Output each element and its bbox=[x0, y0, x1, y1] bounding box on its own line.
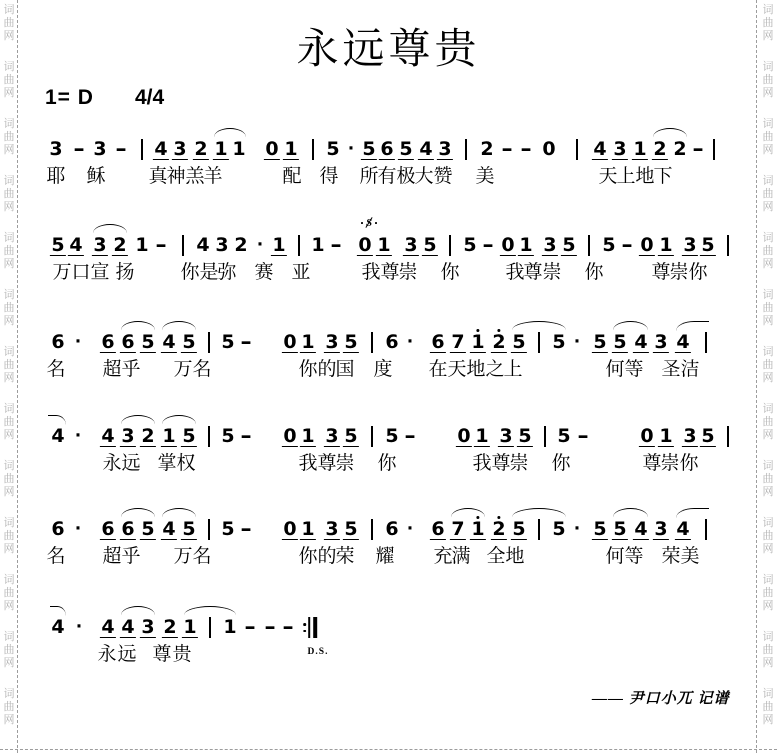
lyric-syllable: 等 bbox=[624, 359, 643, 381]
slur-tie bbox=[653, 128, 687, 138]
repeat-dots bbox=[303, 623, 306, 632]
note-digit: 3 bbox=[324, 520, 340, 540]
note-digit: 2 bbox=[234, 236, 247, 254]
transcriber-signature: —— 尹口小兀 记谱 bbox=[592, 687, 730, 708]
lyric-syllable: 羊 bbox=[203, 166, 222, 188]
lyric-syllable: 天 bbox=[447, 359, 466, 381]
note-digit: 1 bbox=[658, 236, 674, 256]
lyric-syllable: 之 bbox=[485, 359, 504, 381]
lyric-syllable: 尊 bbox=[651, 262, 670, 284]
note-digit: 5 bbox=[557, 427, 570, 445]
lyric-syllable: 的 bbox=[317, 359, 336, 381]
note-digit: 1 bbox=[213, 140, 229, 160]
score-line-2: 54321-432·11-01355-01355-0135S万口宣扬你是弥赛亚我… bbox=[0, 236, 777, 296]
lyric-syllable: 名 bbox=[192, 359, 211, 381]
note-digit: 2 bbox=[652, 140, 668, 160]
lyric-syllable: 何 bbox=[605, 546, 624, 568]
lyric-syllable: 尊 bbox=[380, 262, 399, 284]
note-digit: 3 bbox=[682, 236, 698, 256]
barline bbox=[141, 139, 143, 160]
duration-dash: - bbox=[482, 236, 494, 254]
rest-note: 0 bbox=[282, 333, 298, 353]
lyric-syllable: 扬 bbox=[115, 262, 134, 284]
note-digit: 6 bbox=[100, 520, 116, 540]
note-digit: 4 bbox=[196, 236, 209, 254]
lyric-syllable: 乎 bbox=[121, 359, 140, 381]
lyric-syllable: 地 bbox=[635, 166, 654, 188]
lyric-syllable: 崇 bbox=[660, 453, 679, 475]
note-digit: 5 bbox=[700, 236, 716, 256]
slur-tie bbox=[121, 321, 155, 331]
lyric-syllable: 远 bbox=[117, 644, 136, 666]
lyric-syllable: 美 bbox=[475, 166, 494, 188]
note-digit: 4 bbox=[633, 333, 649, 353]
lyric-syllable: 全 bbox=[486, 546, 505, 568]
rest-note: 0 bbox=[500, 236, 516, 256]
lyric-syllable: 美 bbox=[680, 546, 699, 568]
octave-dot bbox=[497, 516, 500, 519]
note-digit: 4 bbox=[153, 140, 169, 160]
rest-note: 0 bbox=[542, 140, 555, 158]
lyric-syllable: 天 bbox=[598, 166, 617, 188]
note-digit: 6 bbox=[430, 333, 446, 353]
repeat-dot bbox=[303, 630, 306, 633]
barline bbox=[576, 139, 578, 160]
note-digit: 6 bbox=[51, 333, 64, 351]
lyric-syllable: 尊 bbox=[317, 453, 336, 475]
barline bbox=[588, 235, 590, 256]
lyric-syllable: 宣 bbox=[90, 262, 109, 284]
note-digit: 5 bbox=[343, 520, 359, 540]
note-digit: 3 bbox=[93, 140, 106, 158]
note-digit: 2 bbox=[162, 618, 178, 638]
lyric-syllable: 大 bbox=[414, 166, 433, 188]
lyric-syllable: 你 bbox=[679, 453, 698, 475]
note-digit: 1 bbox=[182, 618, 198, 638]
lyric-syllable: 尊 bbox=[642, 453, 661, 475]
lyric-syllable: 神 bbox=[166, 166, 185, 188]
lyric-syllable: 何 bbox=[605, 359, 624, 381]
note-digit: 4 bbox=[120, 618, 136, 638]
barline bbox=[538, 332, 540, 353]
note-digit: 3 bbox=[324, 427, 340, 447]
note-digit: 6 bbox=[100, 333, 116, 353]
watermark-char: 曲 bbox=[763, 701, 774, 714]
slur-tie bbox=[93, 224, 127, 234]
note-digit: 5 bbox=[343, 427, 359, 447]
slur-tie bbox=[162, 321, 196, 331]
note-digit: 5 bbox=[181, 520, 197, 540]
lyric-syllable: 崇 bbox=[398, 262, 417, 284]
watermark-char: 曲 bbox=[4, 587, 15, 600]
note-digit: 1 bbox=[311, 236, 324, 254]
note-digit: 4 bbox=[100, 427, 116, 447]
lyric-syllable: 是 bbox=[199, 262, 218, 284]
barline bbox=[713, 139, 715, 160]
barline bbox=[182, 235, 184, 256]
augmentation-dot: · bbox=[348, 140, 354, 158]
lyric-syllable: 你 bbox=[688, 262, 707, 284]
note-digit: 5 bbox=[361, 140, 377, 160]
lyric-syllable: 亚 bbox=[291, 262, 310, 284]
lyric-syllable: 耶 bbox=[46, 166, 65, 188]
note-digit: 5 bbox=[326, 140, 339, 158]
lyric-syllable: 万 bbox=[173, 546, 192, 568]
augmentation-dot: · bbox=[407, 333, 413, 351]
note-digit: 3 bbox=[215, 236, 228, 254]
watermark-char: 词 bbox=[4, 118, 15, 131]
slur-tie bbox=[184, 606, 236, 616]
score-line-5: 6·665455-01356·671255·55434名超乎万名你的荣耀充满全地… bbox=[0, 520, 777, 580]
note-digit: 1 bbox=[632, 140, 648, 160]
duration-dash: - bbox=[621, 236, 633, 254]
augmentation-dot: · bbox=[75, 333, 81, 351]
note-digit: 3 bbox=[653, 520, 669, 540]
note-digit: 5 bbox=[612, 520, 628, 540]
duration-dash: - bbox=[115, 140, 127, 158]
watermark-char: 网 bbox=[763, 600, 774, 613]
lyric-syllable: 荣 bbox=[335, 546, 354, 568]
lyric-syllable: 你 bbox=[298, 546, 317, 568]
barline bbox=[449, 235, 451, 256]
barline bbox=[209, 617, 211, 638]
lyric-syllable: 配 bbox=[282, 166, 301, 188]
duration-dash: - bbox=[577, 427, 589, 445]
slur-tie bbox=[48, 415, 66, 425]
lyric-syllable: 弥 bbox=[217, 262, 236, 284]
note-digit: 5 bbox=[140, 333, 156, 353]
note-digit: 5 bbox=[511, 520, 527, 540]
lyric-syllable: 远 bbox=[121, 453, 140, 475]
watermark-char: 网 bbox=[763, 201, 774, 214]
bottom-dashed-border bbox=[0, 749, 777, 750]
lyric-syllable: 名 bbox=[46, 546, 65, 568]
lyric-syllable: 所 bbox=[359, 166, 378, 188]
lyric-syllable: 超 bbox=[102, 359, 121, 381]
rest-note: 0 bbox=[282, 520, 298, 540]
lyric-syllable: 上 bbox=[616, 166, 635, 188]
barline bbox=[208, 519, 210, 540]
note-digit: 5 bbox=[511, 333, 527, 353]
score-line-4: 4·432155-01355-01355-0135永远掌权我尊崇你我尊崇你尊崇你 bbox=[0, 427, 777, 487]
watermark-char: 词 bbox=[4, 403, 15, 416]
note-digit: 1 bbox=[518, 236, 534, 256]
octave-dot bbox=[497, 329, 500, 332]
note-digit: 5 bbox=[422, 236, 438, 256]
note-digit: 6 bbox=[379, 140, 395, 160]
thin-bar bbox=[308, 617, 310, 638]
note-digit: 4 bbox=[68, 236, 84, 256]
score-line-3: 6·665455-01356·671255·55434名超乎万名你的国度在天地之… bbox=[0, 333, 777, 393]
note-digit: 1 bbox=[658, 427, 674, 447]
note-digit: 5 bbox=[592, 520, 608, 540]
augmentation-dot: · bbox=[75, 427, 81, 445]
note-digit: 2 bbox=[673, 140, 686, 158]
note-digit: 6 bbox=[51, 520, 64, 538]
barline bbox=[705, 519, 707, 540]
end-repeat-barline bbox=[303, 617, 317, 638]
slur-tie bbox=[121, 606, 155, 616]
watermark-char: 词 bbox=[763, 688, 774, 701]
slur-tie bbox=[162, 508, 196, 518]
lyric-syllable: 永 bbox=[102, 453, 121, 475]
note-digit: 5 bbox=[700, 427, 716, 447]
lyric-syllable: 名 bbox=[192, 546, 211, 568]
lyric-syllable: 你 bbox=[440, 262, 459, 284]
slur-tie bbox=[512, 508, 566, 518]
lyric-syllable: 乎 bbox=[121, 546, 140, 568]
lyric-syllable: 赞 bbox=[433, 166, 452, 188]
watermark-char: 网 bbox=[4, 201, 15, 214]
note-digit: 3 bbox=[172, 140, 188, 160]
lyric-syllable: 得 bbox=[319, 166, 338, 188]
watermark-char: 曲 bbox=[4, 302, 15, 315]
note-digit: 5 bbox=[612, 333, 628, 353]
note-digit: 3 bbox=[324, 333, 340, 353]
note-digit: 5 bbox=[517, 427, 533, 447]
barline bbox=[705, 332, 707, 353]
barline bbox=[727, 426, 729, 447]
slur-tie bbox=[613, 321, 648, 331]
slur-tie bbox=[676, 508, 709, 518]
barline bbox=[544, 426, 546, 447]
barline bbox=[371, 519, 373, 540]
watermark-char: 网 bbox=[763, 315, 774, 328]
lyric-syllable: 崇 bbox=[542, 262, 561, 284]
note-digit: 5 bbox=[385, 427, 398, 445]
duration-dash: - bbox=[73, 140, 85, 158]
watermark-text: 词曲网 bbox=[2, 688, 16, 727]
watermark-char: 网 bbox=[763, 486, 774, 499]
segno-dot bbox=[361, 222, 363, 224]
lyric-syllable: 尊 bbox=[152, 644, 171, 666]
augmentation-dot: · bbox=[407, 520, 413, 538]
lyric-syllable: 荣 bbox=[661, 546, 680, 568]
lyric-syllable: 万 bbox=[52, 262, 71, 284]
note-digit: 2 bbox=[491, 520, 507, 540]
note-digit: 5 bbox=[552, 520, 565, 538]
barline bbox=[465, 139, 467, 160]
lyric-syllable: 你 bbox=[298, 359, 317, 381]
note-digit: 6 bbox=[430, 520, 446, 540]
note-digit: 4 bbox=[161, 333, 177, 353]
score-line-1: 3-3-43211015·565432--043122-耶稣真神羔羊配得所有极大… bbox=[0, 140, 777, 200]
lyric-syllable: 你 bbox=[180, 262, 199, 284]
note-digit: 4 bbox=[418, 140, 434, 160]
note-digit: 4 bbox=[51, 427, 64, 445]
barline bbox=[538, 519, 540, 540]
note-digit: 2 bbox=[491, 333, 507, 353]
time-signature: 4/4 bbox=[135, 86, 164, 110]
barline bbox=[298, 235, 300, 256]
lyric-syllable: 下 bbox=[653, 166, 672, 188]
lyric-syllable: 充 bbox=[433, 546, 452, 568]
duration-dash: - bbox=[692, 140, 704, 158]
rest-note: 0 bbox=[282, 427, 298, 447]
note-digit: 5 bbox=[140, 520, 156, 540]
watermark-char: 曲 bbox=[763, 587, 774, 600]
lyric-syllable: 你 bbox=[551, 453, 570, 475]
duration-dash: - bbox=[501, 140, 513, 158]
slur-tie bbox=[512, 321, 566, 331]
barline bbox=[208, 426, 210, 447]
lyric-syllable: 国 bbox=[335, 359, 354, 381]
lyric-syllable: 崇 bbox=[509, 453, 528, 475]
duration-dash: - bbox=[244, 618, 256, 636]
augmentation-dot: · bbox=[75, 520, 81, 538]
note-digit: 1 bbox=[376, 236, 392, 256]
slur-tie bbox=[676, 321, 709, 331]
lyric-syllable: 的 bbox=[317, 546, 336, 568]
barline bbox=[371, 332, 373, 353]
lyric-syllable: 权 bbox=[176, 453, 195, 475]
watermark-char: 词 bbox=[4, 688, 15, 701]
lyric-syllable: 洁 bbox=[680, 359, 699, 381]
duration-dash: - bbox=[264, 618, 276, 636]
augmentation-dot: · bbox=[574, 333, 580, 351]
augmentation-dot: · bbox=[257, 236, 263, 254]
note-digit: 4 bbox=[51, 618, 64, 636]
note-digit: 2 bbox=[140, 427, 156, 447]
note-digit: 5 bbox=[343, 333, 359, 353]
rest-note: 0 bbox=[639, 236, 655, 256]
note-digit: 3 bbox=[120, 427, 136, 447]
duration-dash: - bbox=[240, 520, 252, 538]
note-digit: 4 bbox=[161, 520, 177, 540]
note-digit: 5 bbox=[463, 236, 476, 254]
rest-note: 0 bbox=[456, 427, 472, 447]
note-digit: 6 bbox=[120, 333, 136, 353]
augmentation-dot: · bbox=[76, 618, 82, 636]
segno-dot bbox=[375, 222, 377, 224]
note-digit: 3 bbox=[437, 140, 453, 160]
augmentation-dot: · bbox=[574, 520, 580, 538]
lyric-syllable: 稣 bbox=[86, 166, 105, 188]
note-digit: 4 bbox=[633, 520, 649, 540]
lyric-syllable: 我 bbox=[361, 262, 380, 284]
octave-dot bbox=[476, 329, 479, 332]
watermark-char: 词 bbox=[763, 403, 774, 416]
note-digit: 5 bbox=[181, 333, 197, 353]
lyric-syllable: 羔 bbox=[185, 166, 204, 188]
duration-dash: - bbox=[240, 427, 252, 445]
note-digit: 4 bbox=[100, 618, 116, 638]
note-digit: 3 bbox=[140, 618, 156, 638]
slur-tie bbox=[121, 508, 155, 518]
note-digit: 4 bbox=[675, 333, 691, 353]
lyric-syllable: 永 bbox=[97, 644, 116, 666]
key-signature: 1= D bbox=[45, 86, 94, 110]
duration-dash: - bbox=[520, 140, 532, 158]
watermark-char: 网 bbox=[4, 486, 15, 499]
watermark-char: 曲 bbox=[4, 701, 15, 714]
lyric-syllable: 上 bbox=[503, 359, 522, 381]
note-digit: 1 bbox=[474, 427, 490, 447]
note-digit: 6 bbox=[385, 520, 398, 538]
lyric-syllable: 耀 bbox=[375, 546, 394, 568]
lyric-syllable: 尊 bbox=[523, 262, 542, 284]
note-digit: 5 bbox=[50, 236, 66, 256]
note-digit: 1 bbox=[470, 333, 486, 353]
lyric-syllable: 真 bbox=[148, 166, 167, 188]
note-digit: 1 bbox=[300, 520, 316, 540]
lyric-syllable: 万 bbox=[173, 359, 192, 381]
lyric-syllable: 口 bbox=[71, 262, 90, 284]
note-digit: 1 bbox=[223, 618, 236, 636]
watermark-char: 曲 bbox=[763, 302, 774, 315]
note-digit: 3 bbox=[498, 427, 514, 447]
note-digit: 2 bbox=[193, 140, 209, 160]
slur-tie bbox=[613, 508, 648, 518]
note-digit: 3 bbox=[612, 140, 628, 160]
note-digit: 7 bbox=[450, 520, 466, 540]
duration-dash: - bbox=[240, 333, 252, 351]
rest-note: 0 bbox=[639, 427, 655, 447]
note-digit: 1 bbox=[271, 236, 287, 256]
note-digit: 3 bbox=[653, 333, 669, 353]
lyric-syllable: 名 bbox=[46, 359, 65, 381]
barline bbox=[208, 332, 210, 353]
watermark-char: 网 bbox=[763, 87, 774, 100]
lyric-syllable: 我 bbox=[472, 453, 491, 475]
note-digit: 7 bbox=[450, 333, 466, 353]
rest-note: 0 bbox=[264, 140, 280, 160]
lyric-syllable: 崇 bbox=[669, 262, 688, 284]
lyric-syllable: 赛 bbox=[254, 262, 273, 284]
watermark-char: 网 bbox=[4, 87, 15, 100]
duration-dash: - bbox=[282, 618, 294, 636]
note-digit: 5 bbox=[221, 520, 234, 538]
note-digit: 6 bbox=[385, 333, 398, 351]
note-digit: 5 bbox=[592, 333, 608, 353]
note-digit: 1 bbox=[283, 140, 299, 160]
note-digit: 2 bbox=[480, 140, 493, 158]
lyric-syllable: 地 bbox=[466, 359, 485, 381]
note-digit: 3 bbox=[403, 236, 419, 256]
watermark-char: 词 bbox=[763, 118, 774, 131]
note-digit: 1 bbox=[300, 427, 316, 447]
watermark-char: 网 bbox=[763, 714, 774, 727]
note-digit: 5 bbox=[602, 236, 615, 254]
lyric-syllable: 地 bbox=[505, 546, 524, 568]
lyric-syllable: 圣 bbox=[661, 359, 680, 381]
duration-dash: - bbox=[404, 427, 416, 445]
note-digit: 3 bbox=[49, 140, 62, 158]
dal-segno-mark: D.S. bbox=[308, 647, 329, 657]
lyric-syllable: 等 bbox=[624, 546, 643, 568]
lyric-syllable: 你 bbox=[584, 262, 603, 284]
watermark-text: 词曲网 bbox=[761, 688, 775, 727]
barline bbox=[727, 235, 729, 256]
lyric-syllable: 有 bbox=[377, 166, 396, 188]
lyric-syllable: 我 bbox=[505, 262, 524, 284]
lyric-syllable: 崇 bbox=[335, 453, 354, 475]
note-digit: 1 bbox=[470, 520, 486, 540]
lyric-syllable: 极 bbox=[396, 166, 415, 188]
note-digit: 3 bbox=[542, 236, 558, 256]
song-title: 永远尊贵 bbox=[0, 16, 777, 76]
score-line-6: 4·443211---D.S.永远尊贵 bbox=[0, 618, 777, 678]
duration-dash: - bbox=[155, 236, 167, 254]
lyric-syllable: 度 bbox=[373, 359, 392, 381]
note-digit: 5 bbox=[398, 140, 414, 160]
note-digit: 5 bbox=[181, 427, 197, 447]
note-digit: 2 bbox=[112, 236, 128, 256]
note-digit: 6 bbox=[120, 520, 136, 540]
slur-tie bbox=[162, 415, 196, 425]
sheet-music-page: 词曲网词曲网词曲网词曲网词曲网词曲网词曲网词曲网词曲网词曲网词曲网词曲网词曲网 … bbox=[0, 0, 777, 753]
lyric-syllable: 在 bbox=[428, 359, 447, 381]
